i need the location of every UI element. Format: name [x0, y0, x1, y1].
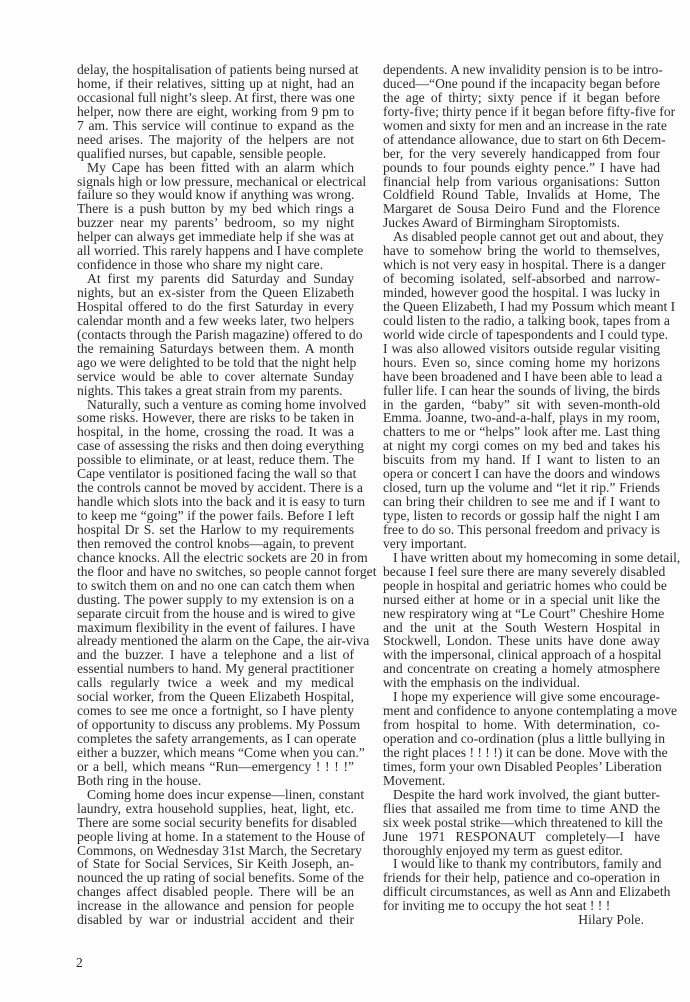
text-line: separate circuit from the house and is w… [77, 607, 354, 621]
text-line: delay, the hospitalisation of patients b… [77, 63, 354, 77]
text-line: Despite the hard work involved, the gian… [383, 788, 660, 802]
text-line: the right places ! ! ! !) it can be done… [383, 746, 660, 760]
text-line: Coming home does incur expense—linen, co… [77, 788, 354, 802]
text-line: Naturally, such a venture as coming home… [77, 398, 354, 412]
text-line: Movement. [383, 774, 660, 788]
text-line: occasional full night’s sleep. At first,… [77, 91, 354, 105]
text-line: six week postal strike—which threatened … [383, 816, 660, 830]
text-line: financial help from various organisation… [383, 175, 660, 189]
text-line: need arises. The majority of the helpers… [77, 133, 354, 147]
text-line: thoroughly enjoyed my term as guest edit… [383, 844, 660, 858]
text-line: 7 am. This service will continue to expa… [77, 119, 354, 133]
text-line: all worried. This rarely happens and I h… [77, 244, 354, 258]
text-line: the remaining Saturdays between them. A … [77, 342, 354, 356]
text-line: (contacts through the Parish magazine) o… [77, 328, 354, 342]
text-line: women and sixty for men and an increase … [383, 119, 660, 133]
text-line: dusting. The power supply to my extensio… [77, 593, 354, 607]
text-line: people living at home. In a statement to… [77, 830, 354, 844]
text-line: Juckes Award of Birmingham Siroptomists. [383, 216, 660, 230]
text-line: can bring their children to see me and i… [383, 495, 660, 509]
text-line: I hope my experience will give some enco… [383, 690, 660, 704]
left-text-column: delay, the hospitalisation of patients b… [77, 63, 354, 927]
text-line: I would like to thank my contributors, f… [383, 857, 660, 871]
text-line: to keep me “going” if the power fails. B… [77, 509, 354, 523]
text-line: chance knocks. All the electric sockets … [77, 551, 354, 565]
text-line: of State for Social Services, Sir Keith … [77, 857, 354, 871]
text-line: closed, turn up the volume and “let it r… [383, 481, 660, 495]
text-line: completes the safety arrangements, as I … [77, 732, 354, 746]
text-line: June 1971 RESPONAUT completely—I have [383, 830, 660, 844]
text-line: helper can always get immediate help if … [77, 230, 354, 244]
text-line: home, if their relatives, sitting up at … [77, 77, 354, 91]
text-line: of attendance allowance, due to start on… [383, 133, 660, 147]
text-line: then removed the control knobs—again, to… [77, 537, 354, 551]
text-line: opera or concert I can have the doors an… [383, 467, 660, 481]
text-line: Emma. Joanne, two-and-a-half, plays in m… [383, 411, 660, 425]
text-line: either a buzzer, which means “Come when … [77, 746, 354, 760]
text-line: in the garden, “baby” sit with seven-mon… [383, 398, 660, 412]
text-line: As disabled people cannot get out and ab… [383, 230, 660, 244]
text-line: biscuits from my hand. If I want to list… [383, 453, 660, 467]
text-line: hospital, in the home, crossing the road… [77, 425, 354, 439]
text-line: hospital Dr S. set the Harlow to my requ… [77, 523, 354, 537]
text-line: forty-five; thirty pence if it began bef… [383, 105, 660, 119]
text-line: chatters to me or “helps” look after me.… [383, 425, 660, 439]
text-line: times, form your own Disabled Peoples’ L… [383, 760, 660, 774]
text-line: have to somehow bring the world to thems… [383, 244, 660, 258]
text-line: failure so they would know if anything w… [77, 188, 354, 202]
text-line: essential numbers to hand. My general pr… [77, 662, 354, 676]
text-line: social worker, from the Queen Elizabeth … [77, 690, 354, 704]
text-line: Cape ventilator is positioned facing the… [77, 467, 354, 481]
text-line: new respiratory wing at “Le Court” Chesh… [383, 607, 660, 621]
text-line: service would be able to cover alternate… [77, 370, 354, 384]
text-line: comes to see me once a fortnight, so I h… [77, 704, 354, 718]
text-line: at night my corgi comes on my bed and ta… [383, 439, 660, 453]
text-line: could listen to the radio, a talking boo… [383, 314, 660, 328]
text-line: dependents. A new invalidity pension is … [383, 63, 660, 77]
text-line: Margaret de Sousa Deiro Fund and the Flo… [383, 202, 660, 216]
text-line: I have written about my homecoming in so… [383, 551, 660, 565]
text-line: ber, for the very severely handicapped f… [383, 147, 660, 161]
text-line: minded, however good the hospital. I was… [383, 286, 660, 300]
text-line: increase in the allowance and pension fo… [77, 899, 354, 913]
text-line: My Cape has been fitted with an alarm wh… [77, 161, 354, 175]
text-line: There is a push button by my bed which r… [77, 202, 354, 216]
text-line: operation and co-ordination (plus a litt… [383, 732, 660, 746]
text-line: the controls cannot be moved by accident… [77, 481, 354, 495]
text-line: from hospital to home. With determinatio… [383, 718, 660, 732]
text-line: Both ring in the house. [77, 774, 354, 788]
text-line: Hospital offered to do the first Saturda… [77, 300, 354, 314]
right-text-column: dependents. A new invalidity pension is … [383, 63, 660, 927]
text-line: At first my parents did Saturday and Sun… [77, 272, 354, 286]
text-line: handle which slots into the back and it … [77, 495, 354, 509]
text-line: laundry, extra household supplies, heat,… [77, 802, 354, 816]
text-line: hours. Even so, since coming home my hor… [383, 356, 660, 370]
text-line: and concentrate on creating a homely atm… [383, 662, 660, 676]
text-line: calendar month and a few weeks later, tw… [77, 314, 354, 328]
text-line: calls regularly twice a week and my medi… [77, 676, 354, 690]
text-line: the Queen Elizabeth, I had my Possum whi… [383, 300, 660, 314]
text-line: world wide circle of tapespondents and I… [383, 328, 660, 342]
text-line: fuller life. I can hear the sounds of li… [383, 384, 660, 398]
text-line: and the buzzer. I have a telephone and a… [77, 648, 354, 662]
text-line: type, listen to records or gossip half t… [383, 509, 660, 523]
text-line: the floor and have no switches, so peopl… [77, 565, 354, 579]
text-line: or a bell, which means “Run—emergency ! … [77, 760, 354, 774]
text-line: confidence in those who share my night c… [77, 258, 354, 272]
text-line: nights. This takes a great strain from m… [77, 384, 354, 398]
text-line: of becoming isolated, self-absorbed and … [383, 272, 660, 286]
text-line: ago we were delighted to be told that th… [77, 356, 354, 370]
text-line: friends for their help, patience and co-… [383, 871, 660, 885]
text-line: to switch them on and no one can catch t… [77, 579, 354, 593]
page-number: 2 [76, 955, 83, 971]
document-page: delay, the hospitalisation of patients b… [0, 0, 690, 1002]
text-line: nounced the up rating of social benefits… [77, 871, 354, 885]
text-line: signals high or low pressure, mechanical… [77, 175, 354, 189]
text-line: with the emphasis on the individual. [383, 676, 660, 690]
text-line: possible to eliminate, or at least, redu… [77, 453, 354, 467]
text-line: for inviting me to occupy the hot seat !… [383, 899, 660, 913]
text-line: the age of thirty; sixty pence if it beg… [383, 91, 660, 105]
text-line: have been broadened and I have been able… [383, 370, 660, 384]
text-line: There are some social security benefits … [77, 816, 354, 830]
text-line: Stockwell, London. These units have done… [383, 634, 660, 648]
text-line: very important. [383, 537, 660, 551]
text-line: nights, but an ex-sister from the Queen … [77, 286, 354, 300]
text-line: disabled by war or industrial accident a… [77, 913, 354, 927]
author-signature: Hilary Pole. [383, 913, 660, 927]
text-line: Commons, on Wednesday 31st March, the Se… [77, 844, 354, 858]
text-line: flies that assailed me from time to time… [383, 802, 660, 816]
text-line: which is not very easy in hospital. Ther… [383, 258, 660, 272]
text-line: maximum flexibility in the event of fail… [77, 621, 354, 635]
text-line: I was also allowed visitors outside regu… [383, 342, 660, 356]
text-line: difficult circumstances, as well as Ann … [383, 885, 660, 899]
text-line: duced—“One pound if the incapacity began… [383, 77, 660, 91]
text-line: because I feel sure there are many sever… [383, 565, 660, 579]
text-line: free to do so. This personal freedom and… [383, 523, 660, 537]
text-line: already mentioned the alarm on the Cape,… [77, 634, 354, 648]
text-line: qualified nurses, but capable, sensible … [77, 147, 354, 161]
text-line: people in hospital and geriatric homes w… [383, 579, 660, 593]
text-line: nursed either at home or in a special un… [383, 593, 660, 607]
text-line: with the impersonal, clinical approach o… [383, 648, 660, 662]
text-line: buzzer near my parents’ bedroom, so my n… [77, 216, 354, 230]
text-line: of opportunity to discuss any problems. … [77, 718, 354, 732]
text-line: some risks. However, there are risks to … [77, 411, 354, 425]
text-line: pounds to four pounds eighty pence.” I h… [383, 161, 660, 175]
text-line: ment and confidence to anyone contemplat… [383, 704, 660, 718]
text-line: case of assessing the risks and then doi… [77, 439, 354, 453]
text-line: and the unit at the South Western Hospit… [383, 621, 660, 635]
text-line: helper, now there are eight, working fro… [77, 105, 354, 119]
text-line: Coldfield Round Table, Invalids at Home,… [383, 188, 660, 202]
text-line: changes affect disabled people. There wi… [77, 885, 354, 899]
